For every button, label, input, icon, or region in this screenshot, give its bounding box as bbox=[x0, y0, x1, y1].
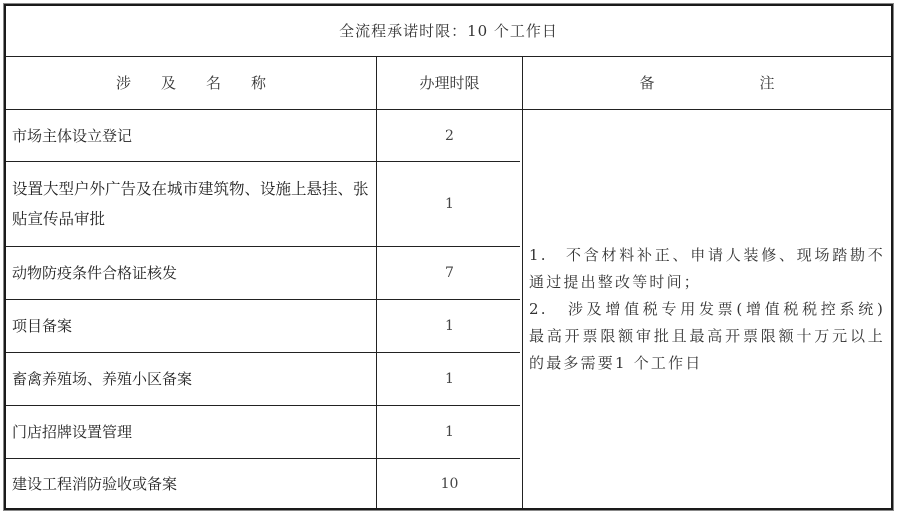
service-time-limit-table: 全流程承诺时限：10 个工作日 涉 及 名 称 办理时限 备 注 市场主体设立登… bbox=[4, 4, 893, 510]
remark-item: 1. 不含材料补正、申请人装修、现场踏勘不通过提出整改等时间； bbox=[529, 242, 885, 296]
row-days: 1 bbox=[377, 406, 522, 458]
row-name: 项目备案 bbox=[6, 300, 376, 352]
header-remark: 备 注 bbox=[523, 57, 891, 109]
row-days: 1 bbox=[377, 353, 522, 405]
row-name: 市场主体设立登记 bbox=[6, 110, 376, 161]
remark-cell: 1. 不含材料补正、申请人装修、现场踏勘不通过提出整改等时间； 2. 涉及增值税… bbox=[523, 110, 891, 508]
row-days: 1 bbox=[377, 300, 522, 352]
row-days: 10 bbox=[377, 459, 522, 508]
row-days: 7 bbox=[377, 247, 522, 299]
row-name: 建设工程消防验收或备案 bbox=[6, 459, 376, 508]
row-name: 门店招牌设置管理 bbox=[6, 406, 376, 458]
header-time-limit: 办理时限 bbox=[377, 57, 522, 109]
row-name: 畜禽养殖场、养殖小区备案 bbox=[6, 353, 376, 405]
table-title: 全流程承诺时限：10 个工作日 bbox=[6, 6, 891, 56]
row-name: 设置大型户外广告及在城市建筑物、设施上悬挂、张贴宣传品审批 bbox=[6, 162, 376, 246]
row-name: 动物防疫条件合格证核发 bbox=[6, 247, 376, 299]
row-days: 1 bbox=[377, 162, 522, 246]
remark-item: 2. 涉及增值税专用发票(增值税税控系统) 最高开票限额审批且最高开票限额十万元… bbox=[529, 296, 885, 377]
row-days: 2 bbox=[377, 110, 522, 161]
header-name: 涉 及 名 称 bbox=[6, 57, 376, 109]
